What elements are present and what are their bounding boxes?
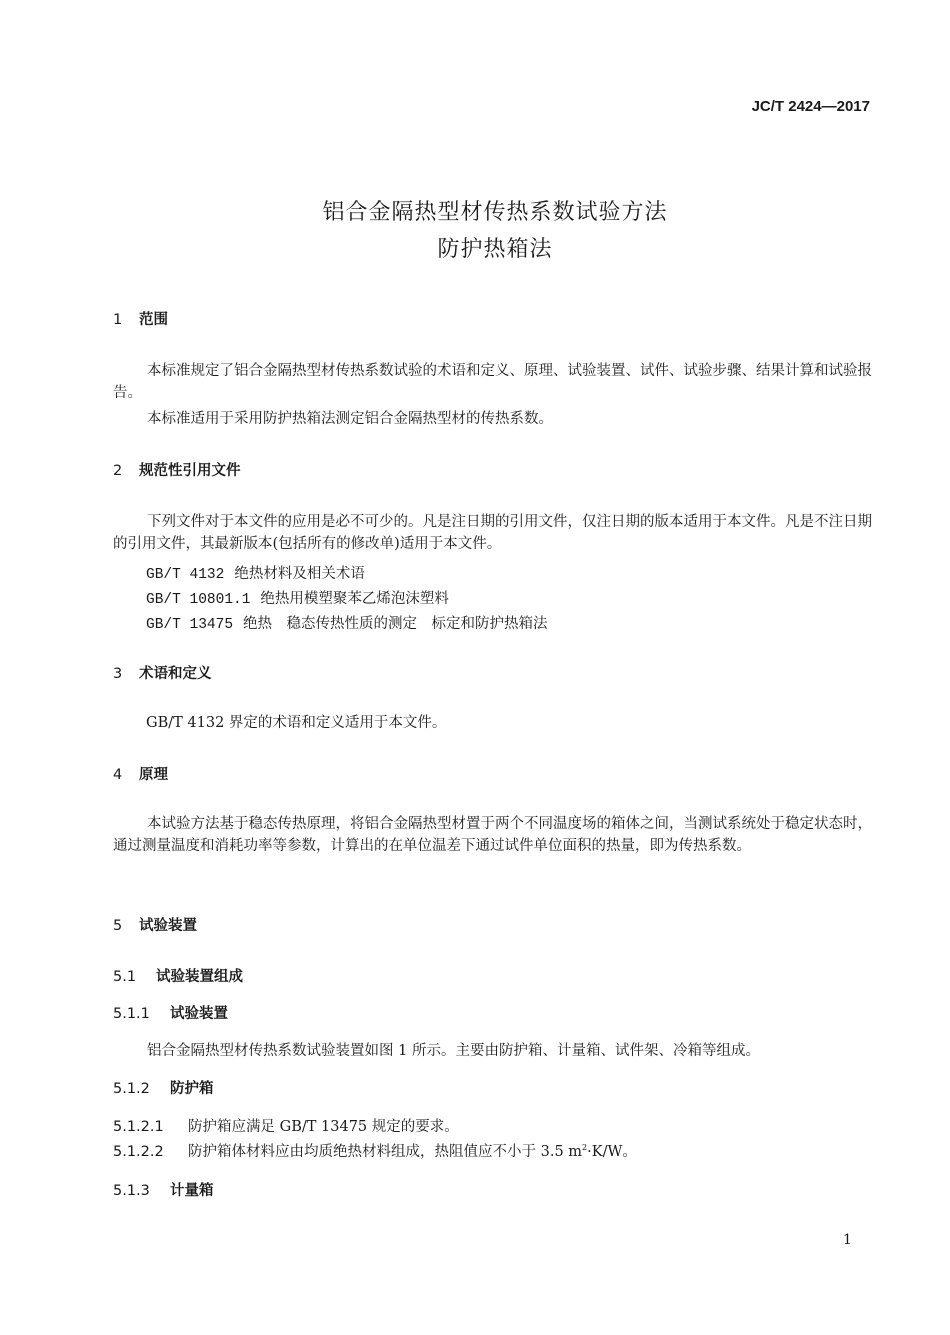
heading-4: 4原理 <box>113 763 168 784</box>
heading-5: 5试验装置 <box>113 914 197 935</box>
paragraph: 下列文件对于本文件的应用是必不可少的。凡是注日期的引用文件，仅注日期的版本适用于… <box>113 511 873 555</box>
heading-5-1: 5.1试验装置组成 <box>113 965 243 986</box>
clause-item: 5.1.2.2防护箱体材料应由均质绝热材料组成，热阻值应不小于 3.5 m2·K… <box>113 1140 637 1161</box>
clause-item: 5.1.2.1防护箱应满足 GB/T 13475 规定的要求。 <box>113 1115 459 1136</box>
reference-item: GB/T 4132绝热材料及相关术语 <box>146 562 365 583</box>
paragraph: 本标准适用于采用防护热箱法测定铝合金隔热型材的传热系数。 <box>113 408 873 430</box>
reference-item: GB/T 10801.1绝热用模塑聚苯乙烯泡沫塑料 <box>146 587 449 608</box>
standard-number: JC/T 2424—2017 <box>752 98 870 115</box>
document-subtitle: 防护热箱法 <box>0 232 950 263</box>
heading-5-1-2: 5.1.2防护箱 <box>113 1077 214 1098</box>
heading-2: 2规范性引用文件 <box>113 459 241 480</box>
page-number: 1 <box>843 1232 852 1248</box>
reference-item: GB/T 13475绝热 稳态传热性质的测定 标定和防护热箱法 <box>146 612 548 633</box>
heading-3: 3术语和定义 <box>113 662 212 683</box>
paragraph: 本试验方法基于稳态传热原理，将铝合金隔热型材置于两个不同温度场的箱体之间，当测试… <box>113 813 873 857</box>
heading-5-1-3: 5.1.3计量箱 <box>113 1179 214 1200</box>
document-title: 铝合金隔热型材传热系数试验方法 <box>0 195 950 226</box>
paragraph: GB/T 4132 界定的术语和定义适用于本文件。 <box>146 712 906 734</box>
heading-5-1-1: 5.1.1试验装置 <box>113 1002 228 1023</box>
heading-1: 1范围 <box>113 308 168 329</box>
paragraph: 铝合金隔热型材传热系数试验装置如图 1 所示。主要由防护箱、计量箱、试件架、冷箱… <box>113 1040 873 1062</box>
paragraph: 本标准规定了铝合金隔热型材传热系数试验的术语和定义、原理、试验装置、试件、试验步… <box>113 360 873 404</box>
